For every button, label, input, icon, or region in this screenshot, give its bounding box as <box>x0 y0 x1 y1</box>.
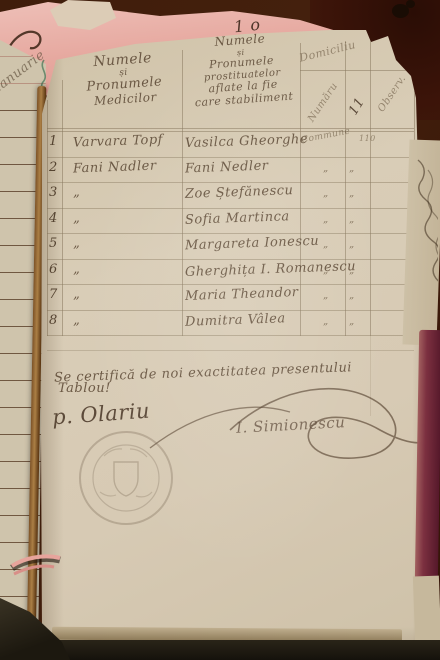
row-name-persoana: Margareta Ionescu <box>185 234 320 254</box>
row-note: Commune <box>301 126 352 145</box>
table-row: 2 Fani Nadler Fani Nedler „ „ <box>47 158 416 184</box>
row-ditto-a: „ <box>323 163 329 174</box>
row-ditto-b: „ <box>349 214 355 225</box>
row-number: 2 <box>49 160 57 175</box>
header-col-medici: Numele și Pronumele Medicilor <box>66 48 182 111</box>
row-name-medic: „ <box>73 236 81 251</box>
table-row: 1 Varvara Topf Vasilca Gheorghe Commune … <box>47 132 416 158</box>
row-number: 4 <box>49 211 57 226</box>
pink-sheet-handwritten-note: 1 o <box>233 15 261 37</box>
header-diagonal-observatii: Observ. <box>376 74 408 115</box>
row-name-medic: „ <box>73 210 81 225</box>
header-col-persoane: Numele și Pronumele prostituatelor aflat… <box>184 30 301 110</box>
row-name-persoana: Gherghița I. Romanescu <box>185 259 357 280</box>
row-ditto-a: „ <box>323 188 329 199</box>
row-ditto-b: „ <box>349 265 355 276</box>
grid-line <box>300 70 414 71</box>
grid-line <box>47 128 414 129</box>
table-row: 6 „ Gherghița I. Romanescu „ „ <box>47 260 416 286</box>
row-ditto-a: „ <box>323 290 329 301</box>
row-name-medic: Fani Nadler <box>73 158 157 176</box>
row-number: 8 <box>49 313 57 328</box>
row-ditto-a: „ <box>323 265 329 276</box>
table-rows: 1 Varvara Topf Vasilca Gheorghe Commune … <box>47 132 416 336</box>
header-diagonal-numaru: Număru <box>306 81 340 124</box>
row-name-persoana: Fani Nedler <box>185 158 269 176</box>
row-name-medic: „ <box>73 312 81 327</box>
row-name-persoana: Vasilca Gheorghe <box>185 132 308 151</box>
row-note-number: 110 <box>359 134 376 143</box>
row-name-persoana: Sofia Martinca <box>185 209 290 228</box>
photo-of-register-page: 1 o Ianuarie Numele și Pronumele Medicil… <box>0 0 440 660</box>
row-name-persoana: Dumitra Vâlea <box>185 311 286 330</box>
handwriting-scribbles-right <box>410 150 438 340</box>
row-ditto-a: „ <box>323 239 329 250</box>
row-name-medic: Varvara Topf <box>73 132 163 150</box>
row-ditto-a: „ <box>323 214 329 225</box>
row-name-medic: „ <box>73 261 81 276</box>
table-row: 5 „ Margareta Ionescu „ „ <box>47 234 416 260</box>
grid-line <box>47 350 414 351</box>
row-name-medic: „ <box>73 287 81 302</box>
certification-line-2: Tablou! <box>58 381 111 396</box>
header-diagonal-domiciliu: Domiciliu <box>298 38 357 65</box>
table-row: 7 „ Maria Theandor „ „ <box>47 285 416 311</box>
page-shading <box>40 30 436 658</box>
row-ditto-b: „ <box>349 290 355 301</box>
binding-thread <box>8 542 64 582</box>
table-row: 4 „ Sofia Martinca „ „ <box>47 209 416 235</box>
row-ditto-a: „ <box>323 316 329 327</box>
page-behind-bottom-right <box>413 576 440 643</box>
row-ditto-b: „ <box>349 188 355 199</box>
row-name-medic: „ <box>73 185 81 200</box>
row-ditto-b: „ <box>349 239 355 250</box>
row-number: 3 <box>49 185 57 200</box>
row-number: 6 <box>49 262 57 277</box>
row-name-persoana: Zoe Ștefănescu <box>185 183 294 202</box>
register-page: Numele și Pronumele Medicilor Numele și … <box>40 30 436 658</box>
table-row: 3 „ Zoe Ștefănescu „ „ <box>47 183 416 209</box>
red-book-edge <box>415 330 440 582</box>
table-row: 8 „ Dumitra Vâlea „ „ <box>47 311 416 337</box>
row-name-persoana: Maria Theandor <box>185 285 299 304</box>
row-number: 5 <box>49 236 57 251</box>
dark-blob-small <box>406 0 415 8</box>
header-diagonal-ditto: 11 <box>346 95 368 118</box>
seal-icon <box>70 422 182 534</box>
row-ditto-b: „ <box>349 163 355 174</box>
row-ditto-b: „ <box>349 316 355 327</box>
row-number: 7 <box>49 287 57 302</box>
row-number: 1 <box>49 134 57 149</box>
